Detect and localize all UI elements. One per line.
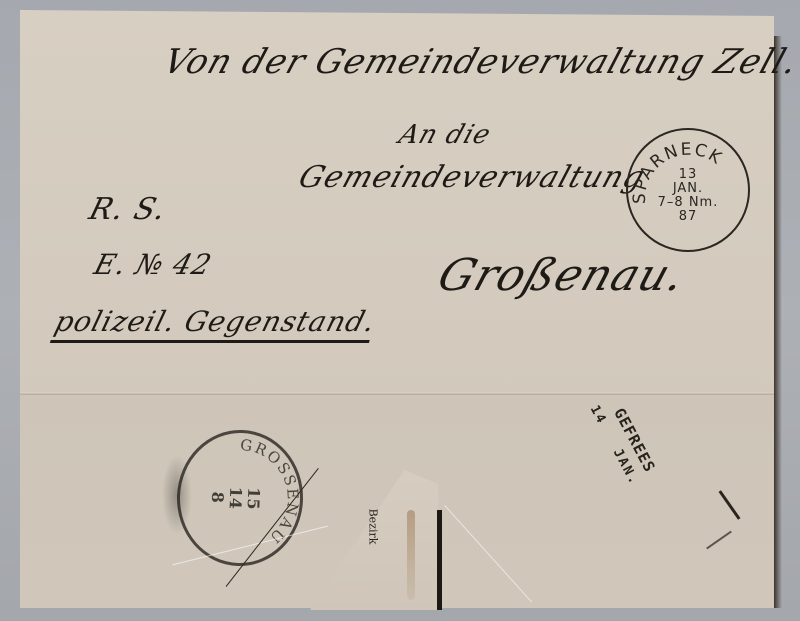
transit-postmark: GEFREES 14 JAN.	[626, 405, 716, 485]
departure-postmark: SPARNECK 13 JAN. 7–8 Nm. 87	[626, 128, 750, 252]
recipient-name: Gemeindeverwaltung	[294, 160, 649, 195]
horizontal-fold-crease	[20, 392, 774, 395]
sender-line: Von der Gemeindeverwaltung Zell.	[159, 42, 800, 82]
recipient-prefix: An die	[395, 120, 495, 150]
foxing-stain	[407, 510, 415, 600]
postmark-day: 13	[628, 168, 748, 182]
flap-slit	[437, 510, 442, 610]
postmark-time: 7–8 Nm.	[628, 196, 748, 210]
destination-town: Großenau.	[432, 250, 693, 301]
note-rs: R. S.	[85, 192, 170, 227]
letter-edge-shadow	[774, 36, 782, 608]
note-police-matter: polizeil. Gegenstand.	[50, 305, 380, 343]
postmark-year: 87	[628, 210, 748, 224]
postmark-month: JAN.	[628, 182, 748, 196]
note-entry-number: E. № 42	[91, 248, 216, 281]
printed-form-text: Bezirk	[366, 509, 379, 545]
